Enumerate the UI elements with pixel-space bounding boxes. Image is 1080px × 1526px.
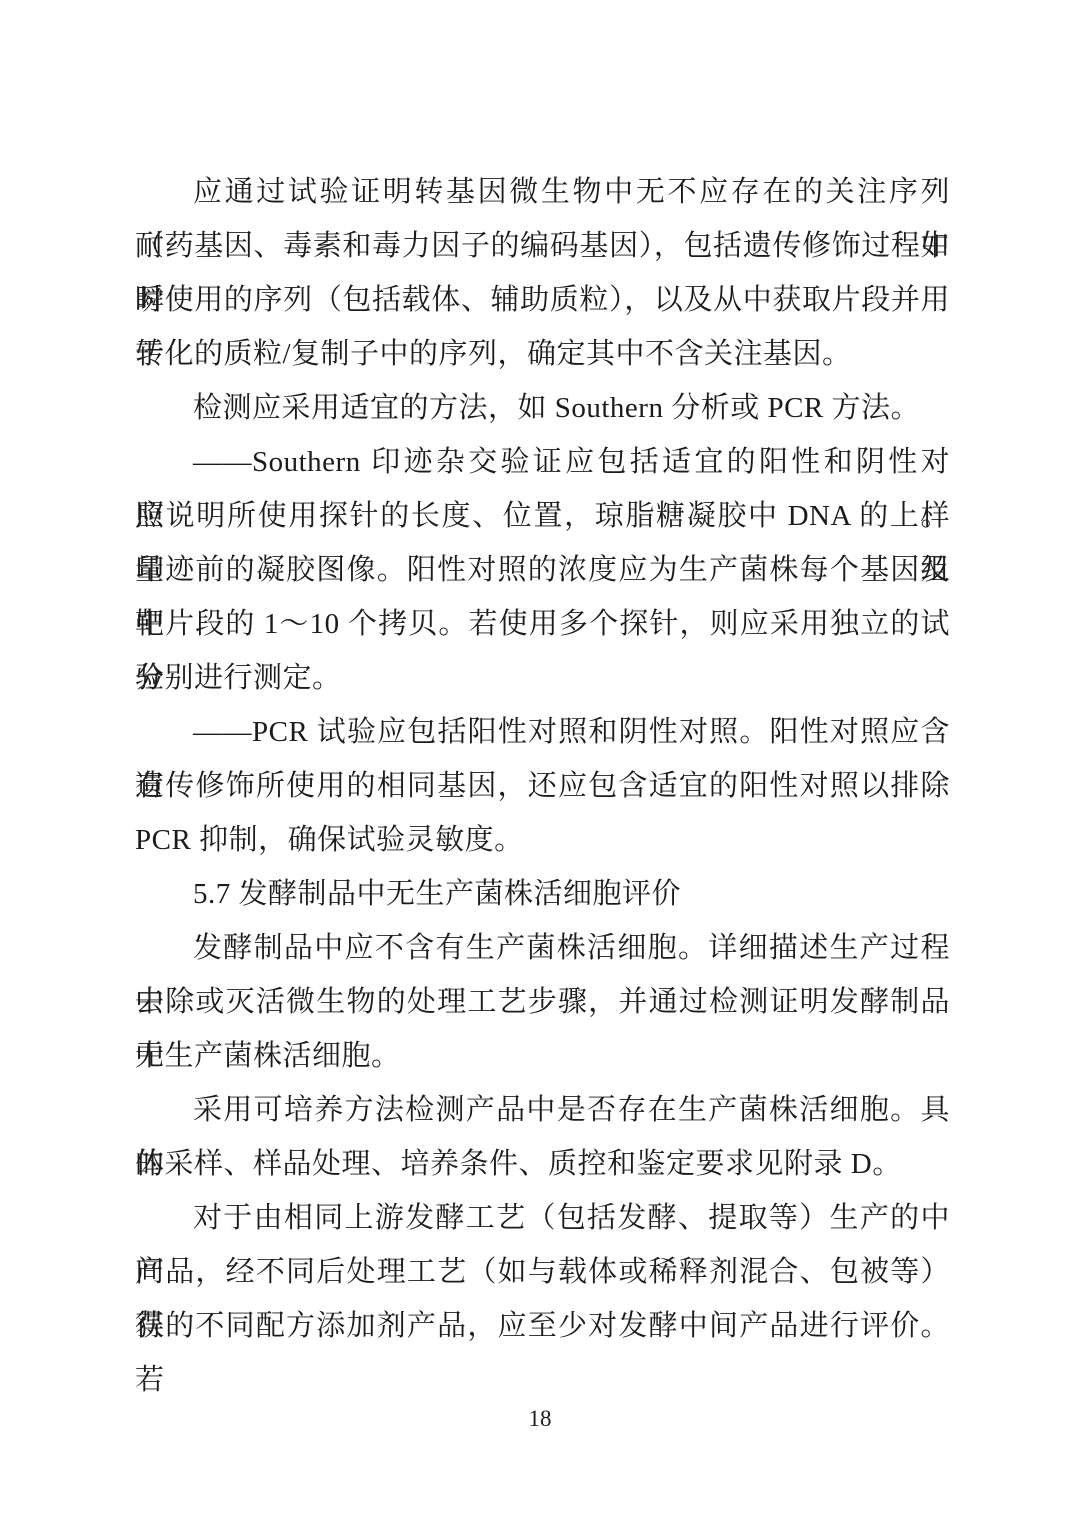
text-line: 应通过试验证明转基因微生物中无不应存在的关注序列（如 <box>135 165 950 219</box>
text-line: PCR 抑制，确保试验灵敏度。 <box>135 813 950 867</box>
text-line: ——PCR 试验应包括阳性对照和阴性对照。阳性对照应含有 <box>135 705 950 759</box>
text-line: 耐药基因、毒素和毒力因子的编码基因），包括遗传修饰过程中瞬 <box>135 219 950 273</box>
page-number: 18 <box>0 1404 1080 1434</box>
text-line: 无生产菌株活细胞。 <box>135 1029 950 1083</box>
text-line: 印迹前的凝胶图像。阳性对照的浓度应为生产菌株每个基因组中 <box>135 543 950 597</box>
text-line: 得的不同配方添加剂产品，应至少对发酵中间产品进行评价。若 <box>135 1299 950 1353</box>
text-line: 对于由相同上游发酵工艺（包括发酵、提取等）生产的中间 <box>135 1191 950 1245</box>
text-line: 应说明所使用探针的长度、位置，琼脂糖凝胶中 DNA 的上样量及 <box>135 489 950 543</box>
text-line: 的采样、样品处理、培养条件、质控和鉴定要求见附录 D。 <box>135 1137 950 1191</box>
text-line: 产品，经不同后处理工艺（如与载体或稀释剂混合、包被等）获 <box>135 1245 950 1299</box>
document-page: 应通过试验证明转基因微生物中无不应存在的关注序列（如 耐药基因、毒素和毒力因子的… <box>0 0 1080 1526</box>
text-block: 应通过试验证明转基因微生物中无不应存在的关注序列（如 耐药基因、毒素和毒力因子的… <box>135 165 950 1353</box>
text-line: 时使用的序列（包括载体、辅助质粒），以及从中获取片段并用于 <box>135 273 950 327</box>
section-heading: 5.7 发酵制品中无生产菌株活细胞评价 <box>135 867 950 921</box>
text-line: 靶片段的 1～10 个拷贝。若使用多个探针，则应采用独立的试验 <box>135 597 950 651</box>
text-line: 采用可培养方法检测产品中是否存在生产菌株活细胞。具体 <box>135 1083 950 1137</box>
text-line: ——Southern 印迹杂交验证应包括适宜的阳性和阴性对照。 <box>135 435 950 489</box>
text-line: 转化的质粒/复制子中的序列，确定其中不含关注基因。 <box>135 327 950 381</box>
text-line: 去除或灭活微生物的处理工艺步骤，并通过检测证明发酵制品中 <box>135 975 950 1029</box>
text-line: 检测应采用适宜的方法，如 Southern 分析或 PCR 方法。 <box>135 381 950 435</box>
text-line: 遗传修饰所使用的相同基因，还应包含适宜的阳性对照以排除 <box>135 759 950 813</box>
text-line: 发酵制品中应不含有生产菌株活细胞。详细描述生产过程中 <box>135 921 950 975</box>
text-line: 分别进行测定。 <box>135 651 950 705</box>
